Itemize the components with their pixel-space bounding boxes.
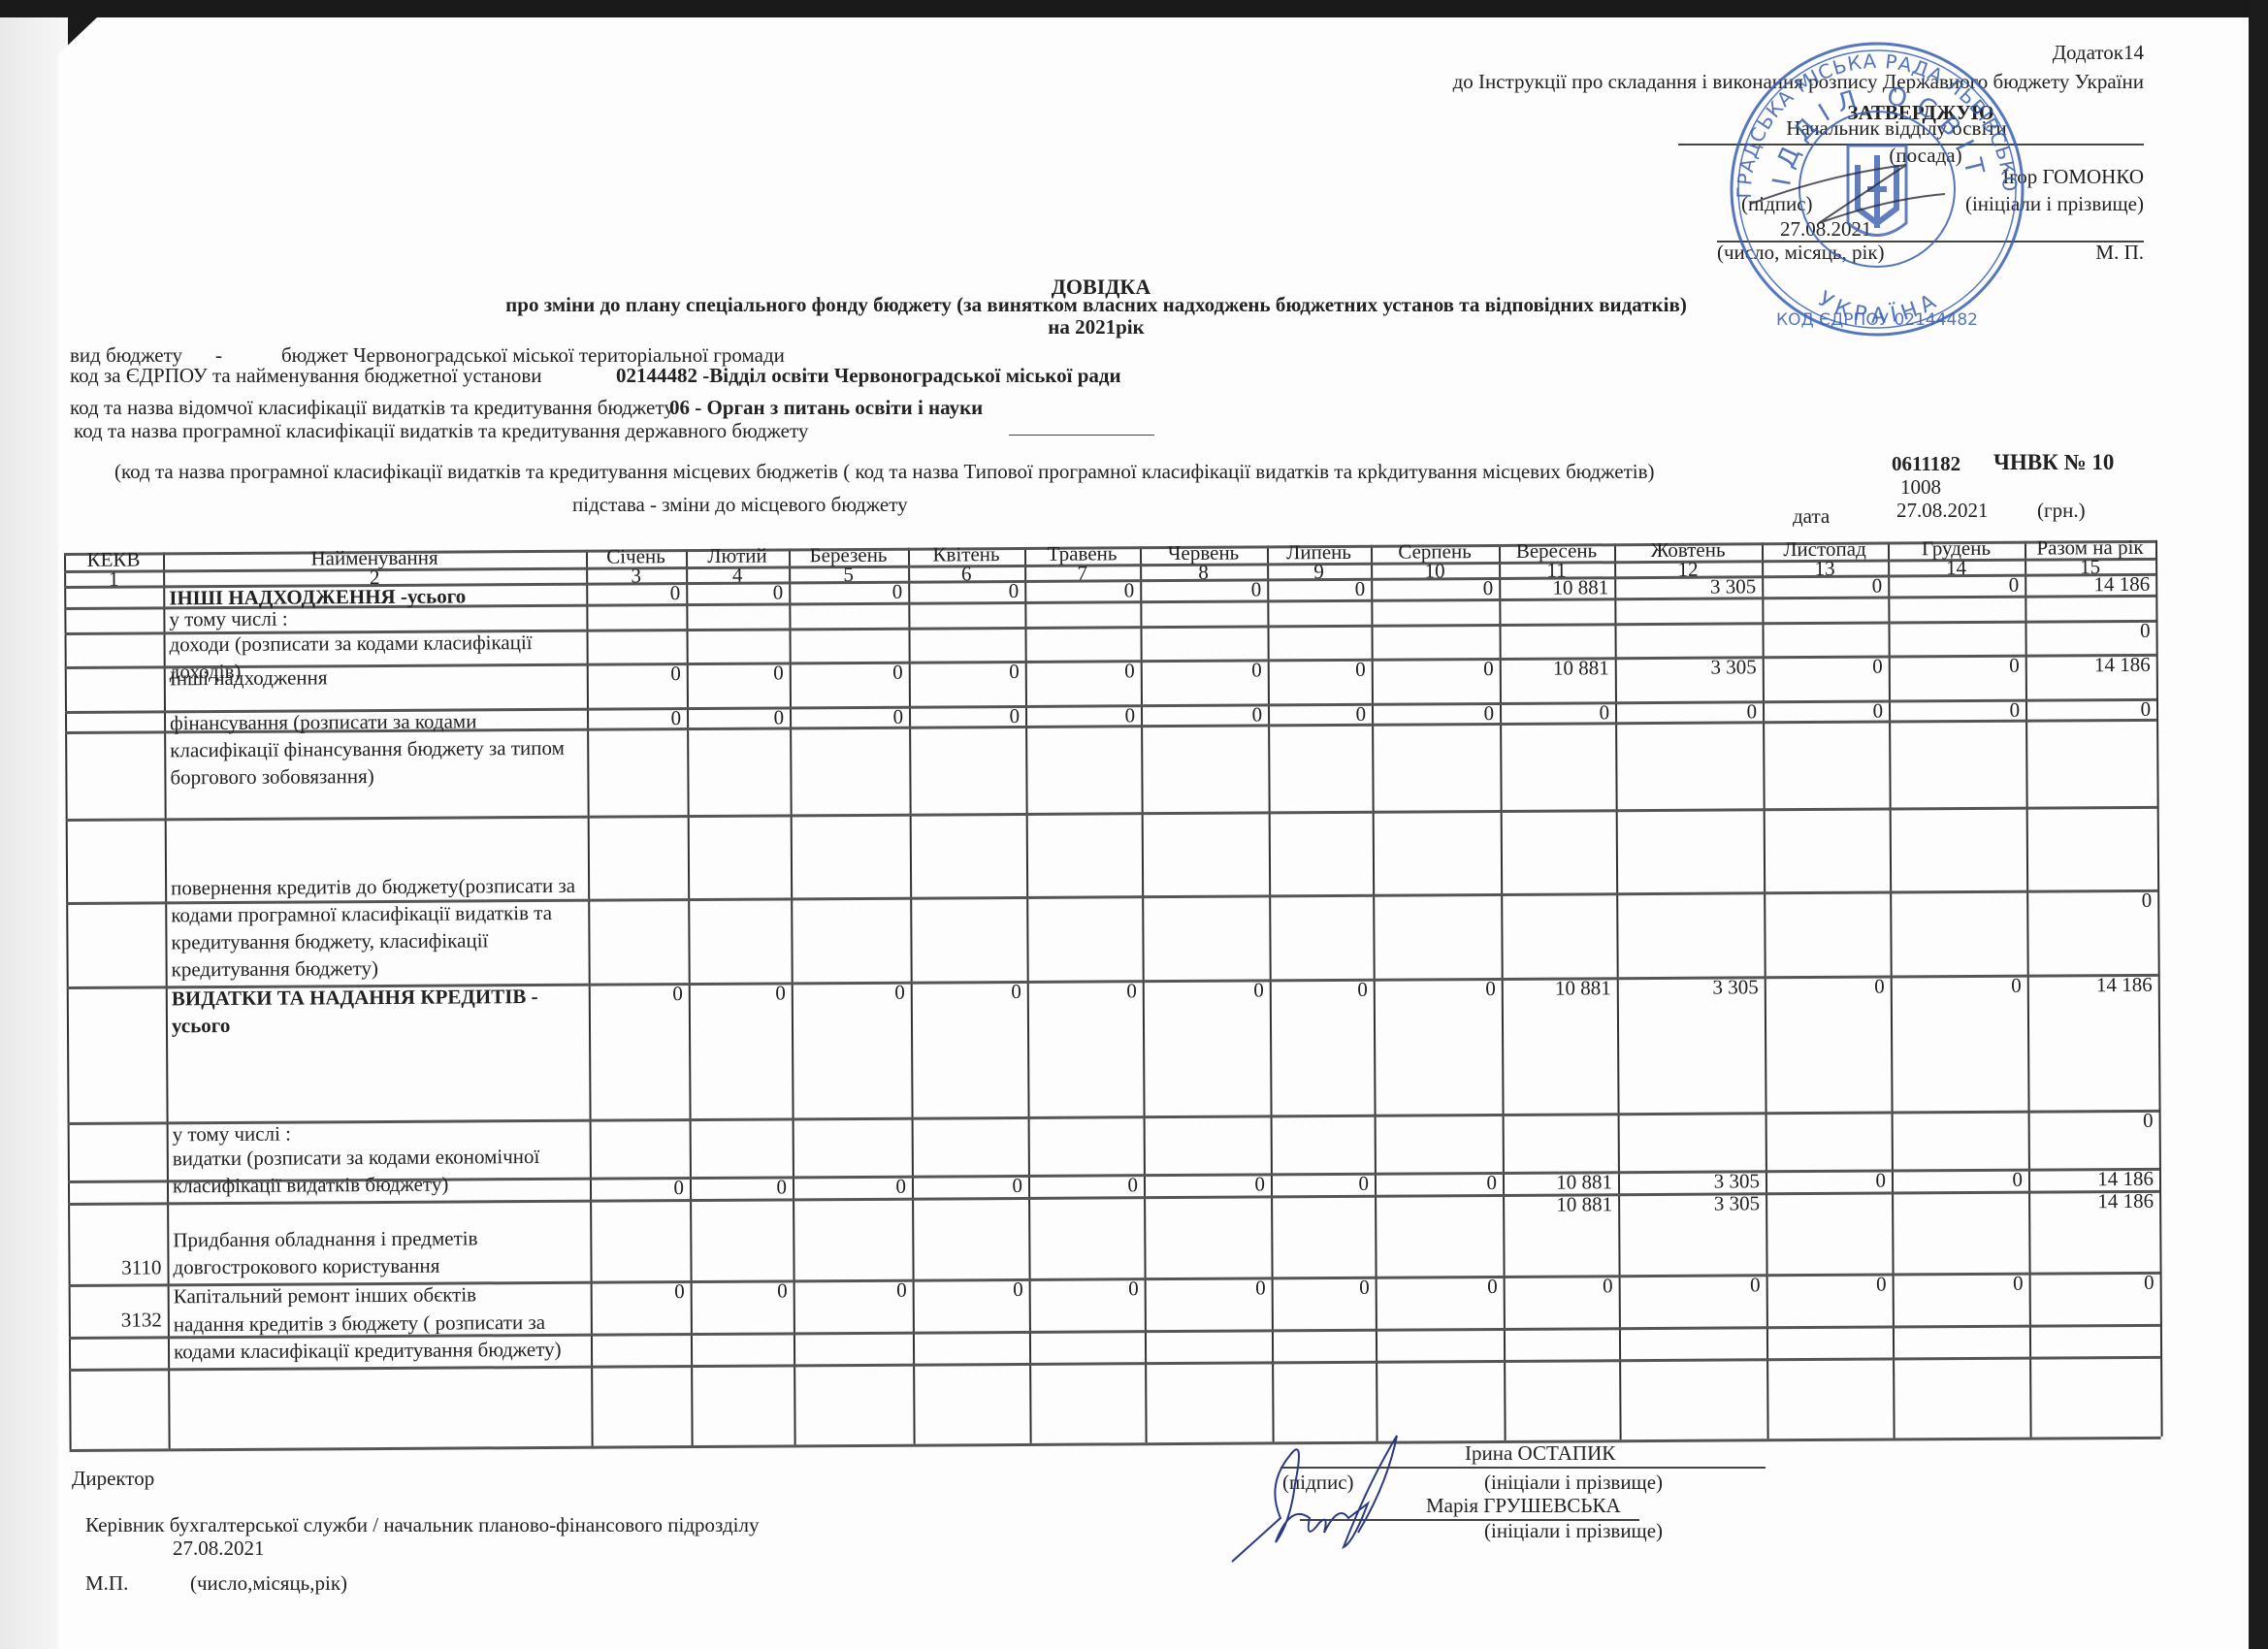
row-value	[1275, 809, 1367, 810]
row-value	[1898, 1323, 2024, 1324]
footer-date: 27.08.2021	[173, 1536, 265, 1560]
row-value: 0	[1621, 698, 1757, 727]
row-value	[1273, 623, 1365, 624]
row-value: 0	[915, 703, 1020, 731]
row-value: 0	[595, 981, 683, 1008]
approve-date: 27.08.2021	[1780, 217, 1872, 241]
row-value: 0	[1031, 658, 1135, 686]
row-value: 0	[1377, 575, 1493, 603]
row-value: 0	[1150, 1275, 1266, 1303]
row-value: 0	[592, 580, 680, 607]
row-value	[1032, 893, 1136, 894]
row-value: 0	[1150, 1171, 1265, 1199]
row-value: 0	[1897, 1167, 2023, 1195]
row-value	[1895, 889, 2021, 889]
row-value: 0	[697, 1277, 788, 1305]
row-value	[1505, 621, 1608, 622]
row-value: 3 305	[1624, 1190, 1760, 1218]
row-value	[799, 1330, 907, 1331]
row-value: 0	[2032, 888, 2152, 916]
row-value: 0	[692, 579, 783, 606]
dept-class-value: 06 - Орган з питань освіти і науки	[669, 396, 983, 419]
row-value: 14 186	[2030, 571, 2150, 599]
kekv-code	[72, 816, 159, 817]
row-value: 0	[799, 1277, 907, 1306]
accountant-name-caption: (ініціали і прізвище)	[1484, 1519, 1663, 1542]
row-value	[1625, 1324, 1761, 1325]
row-value: 0	[1147, 701, 1262, 729]
kekv-code	[72, 899, 159, 900]
kekv-code	[74, 1200, 161, 1201]
footer-date-caption: (число,місяць,рік)	[190, 1571, 347, 1595]
row-value: 0	[1377, 656, 1494, 684]
row-value: 0	[596, 1175, 684, 1202]
row-value: 0	[795, 704, 903, 732]
row-value: 0	[1274, 701, 1366, 729]
row-value: 3 305	[1621, 654, 1757, 682]
row-value	[694, 895, 785, 896]
row-value	[1769, 806, 1884, 807]
row-value: 0	[1035, 1276, 1139, 1304]
row-value: 0	[1895, 653, 2020, 681]
row-value	[916, 811, 1021, 812]
date-label: дата	[1793, 504, 1830, 528]
kekv-code	[74, 1178, 161, 1179]
row-value: 0	[919, 1277, 1023, 1305]
kekv-code	[70, 630, 157, 630]
date-value: 27.08.2021	[1896, 499, 1989, 522]
row-value	[794, 626, 902, 627]
row-value	[697, 1330, 788, 1331]
row-value: 3 305	[1623, 974, 1759, 1002]
document-subtitle: про зміни до плану спеціального фонду бю…	[505, 293, 1687, 316]
row-value: 0	[1895, 697, 2020, 726]
row-value	[1148, 809, 1263, 810]
row-value	[1034, 1114, 1138, 1115]
row-value	[594, 813, 682, 814]
edrpou-value: 02144482 -Відділ освіти Червоноградської…	[616, 364, 1121, 387]
row-value	[1381, 1326, 1498, 1327]
row-value	[1507, 807, 1610, 808]
row-value: 0	[1030, 577, 1134, 605]
row-value: 0	[1031, 702, 1135, 730]
kekv-code	[71, 708, 158, 709]
row-value: 0	[1770, 974, 1885, 1002]
approver-name: Ігор ГОМОНКО	[2002, 165, 2144, 188]
scan-edge-left	[0, 17, 68, 1649]
row-value	[1622, 806, 1758, 807]
row-value	[2032, 804, 2152, 805]
row-value	[1378, 891, 1495, 892]
kekv-code: 3110	[74, 1254, 161, 1281]
row-name: ВИДАТКИ ТА НАДАННЯ КРЕДИТІВ - усього	[172, 984, 583, 1040]
row-value	[1767, 620, 1882, 621]
row-name: надання кредитів з бюджету ( розписати з…	[174, 1309, 585, 1366]
row-name: Інші надходження	[170, 663, 581, 694]
row-value	[1278, 1327, 1370, 1328]
row-value: 0	[1898, 1271, 2024, 1299]
row-value: 0	[1771, 1168, 1886, 1196]
row-value: 0	[1273, 576, 1365, 604]
row-value: 0	[1149, 977, 1264, 1005]
row-value	[1150, 1113, 1265, 1114]
row-value: 10 881	[1508, 1191, 1612, 1219]
row-value	[597, 1331, 685, 1332]
row-value: 10 881	[1507, 975, 1611, 1003]
approve-date-caption: (число, місяць, рік)	[1717, 241, 1885, 264]
kekv-code: 3132	[75, 1307, 162, 1334]
row-value	[592, 627, 680, 628]
approver-name-caption: (ініціали і прізвище)	[1965, 192, 2144, 215]
row-value	[1378, 808, 1495, 809]
row-value: 0	[696, 1174, 787, 1201]
row-value: 0	[593, 705, 681, 732]
row-value: 0	[1146, 576, 1261, 604]
row-value: 10 881	[1506, 655, 1609, 683]
row-value	[1897, 1109, 2023, 1110]
column-number: 1	[70, 566, 157, 593]
kekv-code	[70, 604, 157, 605]
row-value	[1509, 1325, 1613, 1326]
program-code: 0611182	[1892, 452, 1960, 475]
row-value: 0	[1896, 973, 2022, 1001]
kekv-code	[75, 1366, 162, 1367]
row-value	[1275, 892, 1367, 893]
approver-position: Начальник відділу освіти	[1786, 116, 2006, 140]
row-value: 0	[1767, 573, 1882, 601]
row-value	[1277, 1113, 1369, 1114]
row-value	[1030, 624, 1134, 625]
row-value	[1620, 620, 1756, 621]
row-value: 0	[914, 578, 1019, 606]
director-label: Директор	[72, 1467, 154, 1490]
row-value: 0	[1772, 1272, 1887, 1300]
kekv-code	[71, 663, 158, 664]
budget-table: КЕКВНайменуванняСіченьЛютийБерезеньКвіте…	[64, 540, 2161, 1449]
row-value: 0	[798, 1174, 906, 1202]
row-value	[596, 1116, 684, 1117]
state-program-line	[1009, 435, 1154, 436]
accountant-label: Керівник бухгалтерської служби / начальн…	[85, 1513, 759, 1536]
row-value: 0	[1625, 1272, 1761, 1300]
row-value: 0	[1381, 1274, 1498, 1302]
row-value: 0	[917, 979, 1021, 1007]
row-value: 0	[918, 1173, 1022, 1201]
row-value	[916, 894, 1021, 895]
director-signature-caption: (підпис)	[1282, 1471, 1354, 1494]
row-value: 3 305	[1620, 573, 1756, 601]
row-value: 0	[915, 659, 1020, 687]
row-value: 0	[1509, 1273, 1613, 1301]
row-value: 0	[2030, 618, 2150, 646]
row-value: 0	[795, 660, 903, 688]
row-value	[919, 1329, 1023, 1330]
row-value	[1146, 623, 1261, 624]
row-value: 14 186	[2034, 1188, 2154, 1216]
row-value: 0	[1506, 699, 1609, 727]
dept-class-label: код та назва відомчої класифікації видат…	[70, 396, 674, 419]
row-value: 0	[695, 980, 786, 1007]
kekv-code	[74, 1119, 161, 1120]
row-name: Капітальний ремонт інших обєктів	[174, 1281, 585, 1311]
row-value	[1377, 622, 1493, 623]
row-name: Придбання обладнання і предметів довгост…	[173, 1225, 584, 1281]
document-year: на 2021рік	[1048, 315, 1144, 339]
row-value	[1148, 892, 1263, 893]
row-name: повернення кредитів до бюджету(розписати…	[171, 873, 583, 984]
edrpou-label: код за ЄДРПОУ та найменування бюджетної …	[70, 364, 541, 387]
row-value: 0	[794, 579, 902, 607]
row-value	[692, 626, 783, 627]
kekv-code	[71, 728, 158, 729]
row-value: 0	[1894, 572, 2019, 600]
row-value	[1032, 810, 1136, 811]
row-value: 0	[2035, 1270, 2155, 1298]
kekv-code	[73, 984, 160, 985]
row-value	[2035, 1322, 2155, 1323]
row-value: 0	[1034, 1172, 1138, 1200]
row-value: 0	[1274, 657, 1366, 685]
row-value	[918, 1115, 1022, 1115]
row-value	[1895, 805, 2021, 806]
director-name-caption: (ініціали і прізвище)	[1484, 1471, 1663, 1494]
row-value: 0	[1379, 976, 1496, 1004]
row-value	[1771, 1110, 1886, 1111]
director-signature-line	[1280, 1467, 1766, 1469]
row-value: 0	[1380, 1170, 1497, 1198]
row-value: 0	[2031, 696, 2151, 725]
row-value: 0	[1768, 698, 1883, 727]
row-value: 0	[797, 980, 905, 1008]
row-value	[1380, 1112, 1497, 1113]
basis-text: підстава - зміни до місцевого бюджету	[572, 493, 908, 516]
row-value: 0	[1033, 978, 1137, 1006]
row-value: 0	[2034, 1108, 2154, 1136]
currency-label: (грн.)	[2037, 499, 2086, 522]
row-value	[1507, 890, 1610, 891]
footer-seal-mark: М.П.	[85, 1571, 128, 1595]
row-value	[796, 895, 904, 896]
row-value: 0	[1278, 1275, 1370, 1303]
program-name: ЧНВК № 10	[1993, 450, 2114, 475]
row-value: 0	[1768, 654, 1883, 682]
row-name: видатки (розписати за кодами економічної…	[173, 1144, 584, 1200]
row-value: 0	[597, 1278, 685, 1306]
row-value	[694, 812, 785, 813]
row-value: 0	[1377, 700, 1494, 728]
row-value: 0	[693, 704, 784, 731]
scan-edge-right	[2249, 0, 2268, 1649]
row-value: 0	[693, 660, 784, 687]
local-program-label: (код та назва програмної класифікації ви…	[114, 460, 1655, 483]
row-value: 0	[1277, 1171, 1369, 1199]
row-value: 0	[1276, 977, 1368, 1005]
row-value	[1894, 619, 2019, 620]
row-value	[914, 625, 1019, 626]
row-value	[594, 896, 682, 897]
row-value	[1035, 1328, 1139, 1329]
row-value	[1769, 889, 1884, 890]
row-value	[1508, 1111, 1612, 1112]
row-value	[796, 812, 904, 813]
row-value	[798, 1115, 906, 1116]
row-value: 14 186	[2031, 652, 2151, 680]
typical-program-code: 1008	[1900, 475, 1941, 499]
row-value: 10 881	[1505, 574, 1608, 602]
director-name: Ірина ОСТАПИК	[1465, 1441, 1615, 1465]
approver-seal-mark: М. П.	[2095, 241, 2144, 264]
instruction-reference: до Інструкції про складання і виконання …	[1453, 70, 2144, 93]
row-value	[696, 1115, 787, 1116]
accountant-name: Марія ГРУШЕВСЬКА	[1426, 1494, 1621, 1517]
row-value: 14 186	[2033, 972, 2153, 1000]
row-name: фінансування (розписати за кодами класиф…	[170, 708, 582, 792]
row-divider	[66, 806, 2157, 822]
row-value	[1624, 1110, 1760, 1111]
row-value: 0	[593, 661, 681, 688]
state-program-label: код та назва програмної класифікації вид…	[74, 419, 808, 442]
approver-signature-caption: (підпис)	[1741, 192, 1813, 215]
row-value	[1150, 1327, 1266, 1328]
position-caption: (посада)	[1889, 144, 1961, 167]
appendix-label: Додаток14	[2053, 41, 2144, 64]
row-value	[1622, 889, 1758, 890]
row-value	[1772, 1324, 1887, 1325]
row-value: 0	[1147, 657, 1262, 685]
